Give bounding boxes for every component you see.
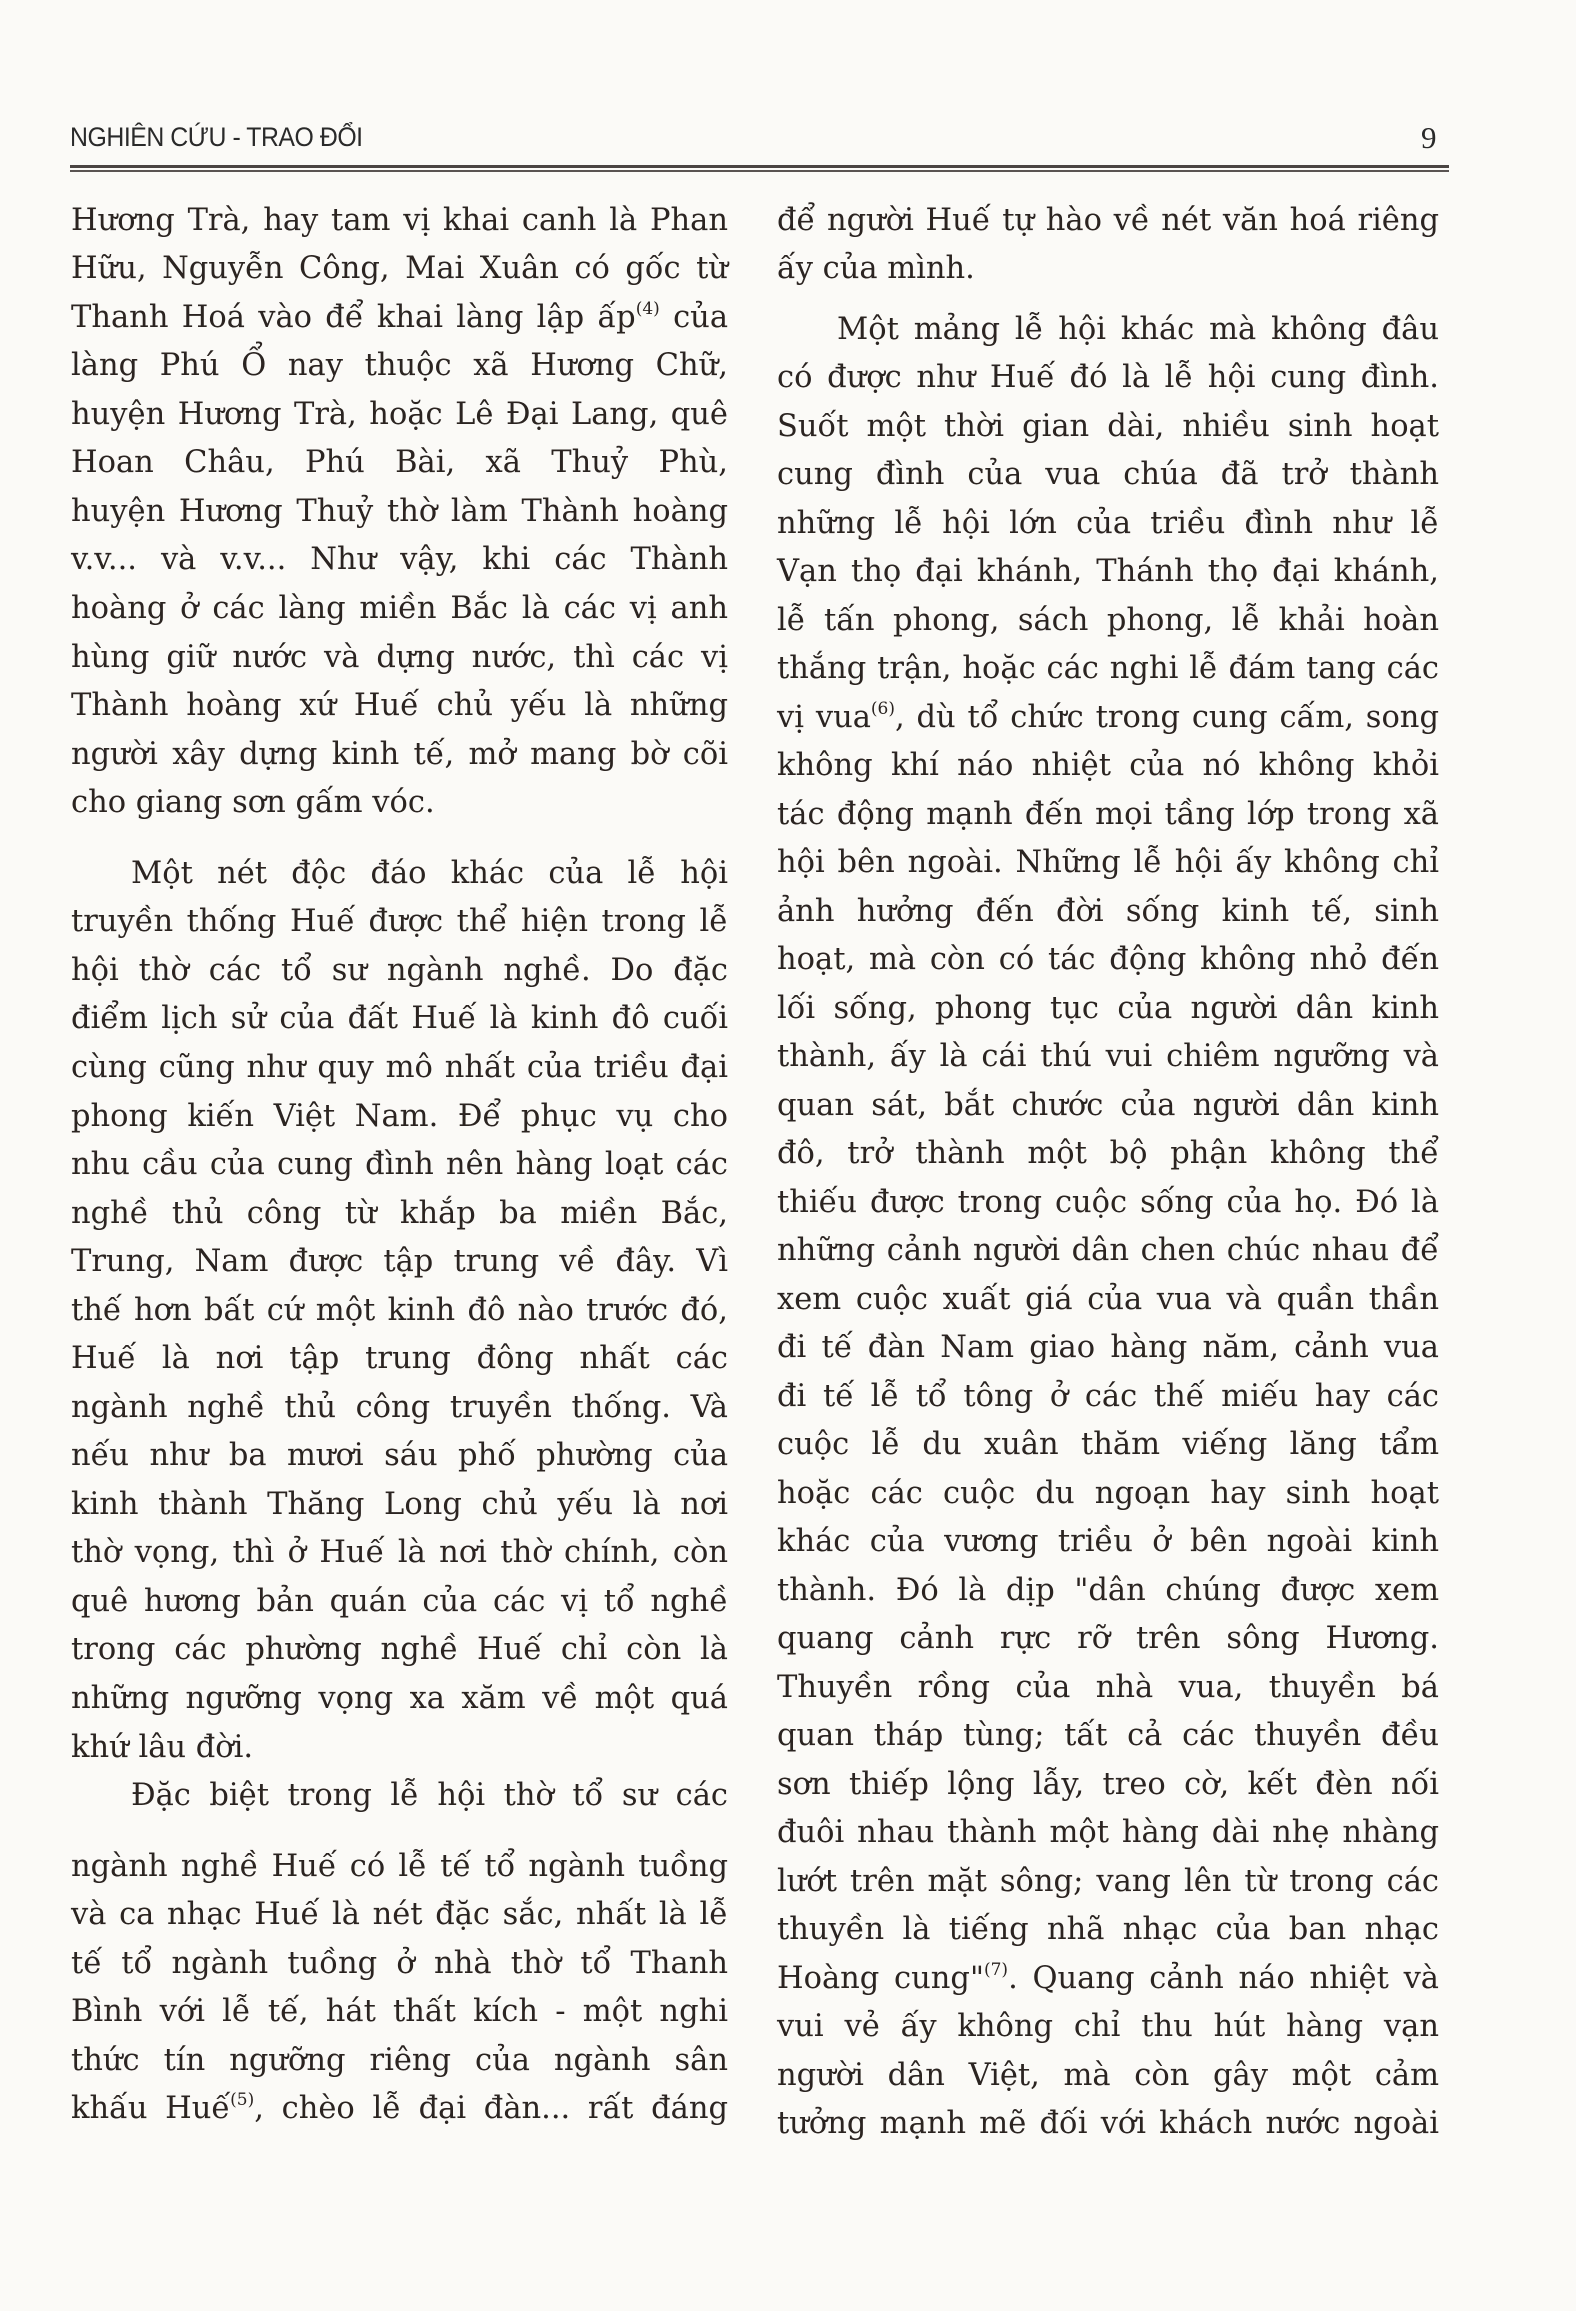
- text-line-content: hoàng ở các làng miền Bắc là các vị anh: [71, 587, 728, 631]
- line-text: những ngưỡng vọng xa xăm về một quá: [71, 1681, 728, 1716]
- text-line-content: những cảnh người dân chen chúc nhau để: [777, 1229, 1439, 1273]
- text-line-content: ngành nghề Huế có lễ tế tổ ngành tuồng: [71, 1845, 728, 1889]
- text-line-content: hoạt, mà còn có tác động không nhỏ đến: [777, 938, 1439, 982]
- text-line-content: kinh thành Thăng Long chủ yếu là nơi: [71, 1483, 728, 1527]
- text-line-content: lối sống, phong tục của người dân kinh: [777, 987, 1439, 1031]
- line-text: khác của vương triều ở bên ngoài kinh: [777, 1524, 1439, 1559]
- line-text: người dân Việt, mà còn gây một cảm: [777, 2058, 1439, 2093]
- text-line-content: hùng giữ nước và dựng nước, thì các vị: [71, 636, 728, 680]
- text-line: thiếu được trong cuộc sống của họ. Đó là: [777, 1181, 1439, 1225]
- line-text: nhu cầu của cung đình nên hàng loạt các: [71, 1147, 728, 1182]
- line-text: thắng trận, hoặc các nghi lễ đám tang cá…: [777, 651, 1439, 686]
- text-line: Trung, Nam được tập trung về đây. Vì: [71, 1240, 728, 1284]
- text-line: nhu cầu của cung đình nên hàng loạt các: [71, 1143, 728, 1187]
- text-line: những cảnh người dân chen chúc nhau để: [777, 1229, 1439, 1273]
- text-line: Một nét độc đáo khác của lễ hội: [71, 852, 728, 896]
- text-line: Hữu, Nguyễn Công, Mai Xuân có gốc từ: [71, 247, 728, 291]
- line-text: ngành nghề Huế có lễ tế tổ ngành tuồng: [71, 1849, 728, 1884]
- text-line: hội bên ngoài. Những lễ hội ấy không chỉ: [777, 841, 1439, 885]
- text-line: điểm lịch sử của đất Huế là kinh đô cuối: [71, 997, 728, 1041]
- text-line-content: hoặc các cuộc du ngoạn hay sinh hoạt: [777, 1472, 1439, 1516]
- text-line: xem cuộc xuất giá của vua và quần thần: [777, 1278, 1439, 1322]
- text-line-content: huyện Hương Thuỷ thờ làm Thành hoàng: [71, 490, 728, 534]
- text-line-content: khác của vương triều ở bên ngoài kinh: [777, 1520, 1439, 1564]
- text-line-content: lễ tấn phong, sách phong, lễ khải hoàn: [777, 599, 1439, 643]
- text-line-content: Thanh Hoá vào để khai làng lập ấp(4) của: [71, 296, 728, 340]
- text-line: cuộc lễ du xuân thăm viếng lăng tẩm: [777, 1423, 1439, 1467]
- line-text: không khí náo nhiệt của nó không khỏi: [777, 748, 1439, 783]
- line-text: thức tín ngưỡng riêng của ngành sân: [71, 2043, 728, 2078]
- line-text: hoặc các cuộc du ngoạn hay sinh hoạt: [777, 1476, 1439, 1511]
- header-double-rule: [70, 164, 1449, 174]
- text-line: Bình với lễ tế, hát thất kích - một nghi: [71, 1990, 728, 2034]
- text-line-content: xem cuộc xuất giá của vua và quần thần: [777, 1278, 1439, 1322]
- line-text: Trung, Nam được tập trung về đây. Vì: [71, 1244, 728, 1279]
- text-line-content: đô, trở thành một bộ phận không thể: [777, 1132, 1439, 1176]
- text-line: Huế là nơi tập trung đông nhất các: [71, 1337, 728, 1381]
- text-line-content: thắng trận, hoặc các nghi lễ đám tang cá…: [777, 647, 1439, 691]
- text-line: Một mảng lễ hội khác mà không đâu: [777, 308, 1439, 352]
- text-line: sơn thiếp lộng lẫy, treo cờ, kết đèn nối: [777, 1763, 1439, 1807]
- text-line-content: truyền thống Huế được thể hiện trong lễ: [71, 900, 728, 944]
- line-text: Hương Trà, hay tam vị khai canh là Phan: [71, 203, 728, 238]
- line-text: có được như Huế đó là lễ hội cung đình.: [777, 360, 1439, 395]
- line-text: vị vua: [777, 700, 871, 735]
- text-line-content: điểm lịch sử của đất Huế là kinh đô cuối: [71, 997, 728, 1041]
- text-line: lễ tấn phong, sách phong, lễ khải hoàn: [777, 599, 1439, 643]
- text-line: phong kiến Việt Nam. Để phục vụ cho: [71, 1095, 728, 1139]
- line-text: kinh thành Thăng Long chủ yếu là nơi: [71, 1487, 728, 1522]
- line-text: thiếu được trong cuộc sống của họ. Đó là: [777, 1185, 1439, 1220]
- text-line-content: ngành nghề thủ công truyền thống. Và: [71, 1386, 728, 1430]
- text-line: đô, trở thành một bộ phận không thể: [777, 1132, 1439, 1176]
- text-line: Vạn thọ đại khánh, Thánh thọ đại khánh,: [777, 550, 1439, 594]
- line-text: tưởng mạnh mẽ đối với khách nước ngoài: [777, 2106, 1439, 2141]
- text-line-content: thế hơn bất cứ một kinh đô nào trước đó,: [71, 1289, 728, 1333]
- line-text: cuộc lễ du xuân thăm viếng lăng tẩm: [777, 1427, 1439, 1462]
- text-line-content: cùng cũng như quy mô nhất của triều đại: [71, 1046, 728, 1090]
- line-text: hội thờ các tổ sư ngành nghề. Do đặc: [71, 953, 728, 988]
- line-text: tế tổ ngành tuồng ở nhà thờ tổ Thanh: [71, 1946, 728, 1981]
- text-line-content: phong kiến Việt Nam. Để phục vụ cho: [71, 1095, 728, 1139]
- text-line: ấy của mình.: [777, 247, 1439, 291]
- text-line-content: sơn thiếp lộng lẫy, treo cờ, kết đèn nối: [777, 1763, 1439, 1807]
- text-line-content: Huế là nơi tập trung đông nhất các: [71, 1337, 728, 1381]
- text-line-content: và ca nhạc Huế là nét đặc sắc, nhất là l…: [71, 1893, 728, 1937]
- line-text: lễ tấn phong, sách phong, lễ khải hoàn: [777, 603, 1439, 638]
- line-text: trong các phường nghề Huế chỉ còn là: [71, 1632, 728, 1667]
- text-line: huyện Hương Trà, hoặc Lê Đại Lang, quê: [71, 393, 728, 437]
- text-line: cung đình của vua chúa đã trở thành: [777, 453, 1439, 497]
- line-text: ảnh hưởng đến đời sống kinh tế, sinh: [777, 894, 1439, 929]
- text-line-content: Một mảng lễ hội khác mà không đâu: [837, 308, 1439, 352]
- text-line: khứ lâu đời.: [71, 1726, 728, 1770]
- text-line: nếu như ba mươi sáu phố phường của: [71, 1434, 728, 1478]
- text-line: lướt trên mặt sông; vang lên từ trong cá…: [777, 1860, 1439, 1904]
- line-text: huyện Hương Thuỷ thờ làm Thành hoàng: [71, 494, 728, 529]
- text-line-content: ảnh hưởng đến đời sống kinh tế, sinh: [777, 890, 1439, 934]
- text-line: hùng giữ nước và dựng nước, thì các vị: [71, 636, 728, 680]
- line-text: xem cuộc xuất giá của vua và quần thần: [777, 1282, 1439, 1317]
- text-line-content: Bình với lễ tế, hát thất kích - một nghi: [71, 1990, 728, 2034]
- text-line: Hoàng cung"(7). Quang cảnh náo nhiệt và: [777, 1957, 1439, 2001]
- text-line-content: hội bên ngoài. Những lễ hội ấy không chỉ: [777, 841, 1439, 885]
- text-line-content: đi tế đàn Nam giao hàng năm, cảnh vua: [777, 1326, 1439, 1370]
- line-text: làng Phú Ổ nay thuộc xã Hương Chữ,: [71, 348, 728, 383]
- text-line: quê hương bản quán của các vị tổ nghề: [71, 1580, 728, 1624]
- line-text: nghề thủ công từ khắp ba miền Bắc,: [71, 1196, 728, 1231]
- text-line: tác động mạnh đến mọi tầng lớp trong xã: [777, 793, 1439, 837]
- text-line-content: có được như Huế đó là lễ hội cung đình.: [777, 356, 1439, 400]
- line-text: khứ lâu đời.: [71, 1730, 253, 1765]
- text-line-content: Hoan Châu, Phú Bài, xã Thuỷ Phù,: [71, 441, 728, 485]
- text-line: lối sống, phong tục của người dân kinh: [777, 987, 1439, 1031]
- text-line-content: thuyền là tiếng nhã nhạc của ban nhạc: [777, 1908, 1439, 1952]
- text-line: những lễ hội lớn của triều đình như lễ: [777, 502, 1439, 546]
- text-line-content: làng Phú Ổ nay thuộc xã Hương Chữ,: [71, 344, 728, 388]
- footnote-reference: (4): [636, 299, 660, 319]
- text-line: quan tháp tùng; tất cả các thuyền đều: [777, 1714, 1439, 1758]
- text-line-content: cuộc lễ du xuân thăm viếng lăng tẩm: [777, 1423, 1439, 1467]
- line-text: Hoàng cung": [777, 1961, 984, 1996]
- text-line: ngành nghề Huế có lễ tế tổ ngành tuồng: [71, 1845, 728, 1889]
- text-line-content: Thành hoàng xứ Huế chủ yếu là những: [71, 684, 728, 728]
- text-line-content: khứ lâu đời.: [71, 1726, 728, 1770]
- text-line: làng Phú Ổ nay thuộc xã Hương Chữ,: [71, 344, 728, 388]
- text-line-content: hội thờ các tổ sư ngành nghề. Do đặc: [71, 949, 728, 993]
- line-text: lối sống, phong tục của người dân kinh: [777, 991, 1439, 1026]
- text-line: và ca nhạc Huế là nét đặc sắc, nhất là l…: [71, 1893, 728, 1937]
- line-text: thế hơn bất cứ một kinh đô nào trước đó,: [71, 1293, 728, 1328]
- text-line-content: những ngưỡng vọng xa xăm về một quá: [71, 1677, 728, 1721]
- text-line-content: ấy của mình.: [777, 247, 1439, 291]
- text-line: hoặc các cuộc du ngoạn hay sinh hoạt: [777, 1472, 1439, 1516]
- line-text: thờ vọng, thì ở Huế là nơi thờ chính, cò…: [71, 1535, 728, 1570]
- text-line: trong các phường nghề Huế chỉ còn là: [71, 1628, 728, 1672]
- line-text: Suốt một thời gian dài, nhiều sinh hoạt: [777, 409, 1439, 444]
- text-line-content: thức tín ngưỡng riêng của ngành sân: [71, 2039, 728, 2083]
- text-line-content: những lễ hội lớn của triều đình như lễ: [777, 502, 1439, 546]
- text-line-content: đuôi nhau thành một hàng dài nhẹ nhàng: [777, 1811, 1439, 1855]
- text-line: Hoan Châu, Phú Bài, xã Thuỷ Phù,: [71, 441, 728, 485]
- text-line: có được như Huế đó là lễ hội cung đình.: [777, 356, 1439, 400]
- text-line: Thanh Hoá vào để khai làng lập ấp(4) của: [71, 296, 728, 340]
- rule-line-bottom: [70, 170, 1449, 172]
- text-line: huyện Hương Thuỷ thờ làm Thành hoàng: [71, 490, 728, 534]
- text-line-content: huyện Hương Trà, hoặc Lê Đại Lang, quê: [71, 393, 728, 437]
- text-line-content: Hương Trà, hay tam vị khai canh là Phan: [71, 199, 728, 243]
- line-text: hùng giữ nước và dựng nước, thì các vị: [71, 640, 728, 675]
- text-line-content: Vạn thọ đại khánh, Thánh thọ đại khánh,: [777, 550, 1439, 594]
- line-text: tác động mạnh đến mọi tầng lớp trong xã: [777, 797, 1439, 832]
- text-line-content: v.v... và v.v... Như vậy, khi các Thành: [71, 538, 728, 582]
- text-line-content: quang cảnh rực rỡ trên sông Hương.: [777, 1617, 1439, 1661]
- text-line-content: tế tổ ngành tuồng ở nhà thờ tổ Thanh: [71, 1942, 728, 1986]
- line-text: và ca nhạc Huế là nét đặc sắc, nhất là l…: [71, 1897, 728, 1932]
- line-text: Thuyền rồng của nhà vua, thuyền bá: [777, 1670, 1439, 1705]
- line-text: ấy của mình.: [777, 251, 975, 286]
- line-text: cùng cũng như quy mô nhất của triều đại: [71, 1050, 728, 1085]
- line-text: Một nét độc đáo khác của lễ hội: [131, 856, 728, 891]
- text-line-content: người dân Việt, mà còn gây một cảm: [777, 2054, 1439, 2098]
- text-line: vui vẻ ấy không chỉ thu hút hàng vạn: [777, 2005, 1439, 2049]
- text-line-content: tác động mạnh đến mọi tầng lớp trong xã: [777, 793, 1439, 837]
- line-text-continuation: của: [660, 300, 728, 335]
- text-line-content: thờ vọng, thì ở Huế là nơi thờ chính, cò…: [71, 1531, 728, 1575]
- text-line: cùng cũng như quy mô nhất của triều đại: [71, 1046, 728, 1090]
- line-text: quang cảnh rực rỡ trên sông Hương.: [777, 1621, 1439, 1656]
- line-text: Một mảng lễ hội khác mà không đâu: [837, 312, 1439, 347]
- line-text: cung đình của vua chúa đã trở thành: [777, 457, 1439, 492]
- text-line-content: Hữu, Nguyễn Công, Mai Xuân có gốc từ: [71, 247, 728, 291]
- text-line-content: đi tế lễ tổ tông ở các thế miếu hay các: [777, 1375, 1439, 1419]
- text-line: không khí náo nhiệt của nó không khỏi: [777, 744, 1439, 788]
- text-line: vị vua(6), dù tổ chức trong cung cấm, so…: [777, 696, 1439, 740]
- text-line-content: Một nét độc đáo khác của lễ hội: [131, 852, 728, 896]
- line-text: Đặc biệt trong lễ hội thờ tổ sư các: [131, 1778, 728, 1813]
- text-line-content: để người Huế tự hào về nét văn hoá riêng: [777, 199, 1439, 243]
- text-line-content: thành. Đó là dịp "dân chúng được xem: [777, 1569, 1439, 1613]
- text-line: tưởng mạnh mẽ đối với khách nước ngoài: [777, 2102, 1439, 2146]
- text-line: người dân Việt, mà còn gây một cảm: [777, 2054, 1439, 2098]
- text-line: thắng trận, hoặc các nghi lễ đám tang cá…: [777, 647, 1439, 691]
- text-line: thế hơn bất cứ một kinh đô nào trước đó,: [71, 1289, 728, 1333]
- line-text: đi tế lễ tổ tông ở các thế miếu hay các: [777, 1379, 1439, 1414]
- line-text: Hữu, Nguyễn Công, Mai Xuân có gốc từ: [71, 251, 728, 286]
- line-text: thành. Đó là dịp "dân chúng được xem: [777, 1573, 1439, 1608]
- text-line: hoạt, mà còn có tác động không nhỏ đến: [777, 938, 1439, 982]
- text-line: thành. Đó là dịp "dân chúng được xem: [777, 1569, 1439, 1613]
- text-line: thuyền là tiếng nhã nhạc của ban nhạc: [777, 1908, 1439, 1952]
- text-line-content: quan tháp tùng; tất cả các thuyền đều: [777, 1714, 1439, 1758]
- line-text: Bình với lễ tế, hát thất kích - một nghi: [71, 1994, 728, 2029]
- line-text: để người Huế tự hào về nét văn hoá riêng: [777, 203, 1439, 238]
- text-line: thờ vọng, thì ở Huế là nơi thờ chính, cò…: [71, 1531, 728, 1575]
- line-text: đô, trở thành một bộ phận không thể: [777, 1136, 1439, 1171]
- line-text-continuation: , chèo lễ đại đàn... rất đáng: [254, 2091, 728, 2126]
- line-text: nếu như ba mươi sáu phố phường của: [71, 1438, 728, 1473]
- text-line-content: tưởng mạnh mẽ đối với khách nước ngoài: [777, 2102, 1439, 2146]
- text-line: v.v... và v.v... Như vậy, khi các Thành: [71, 538, 728, 582]
- line-text: đi tế đàn Nam giao hàng năm, cảnh vua: [777, 1330, 1439, 1365]
- text-line: hoàng ở các làng miền Bắc là các vị anh: [71, 587, 728, 631]
- footnote-reference: (5): [230, 2090, 254, 2110]
- line-text: ngành nghề thủ công truyền thống. Và: [71, 1390, 728, 1425]
- text-line: để người Huế tự hào về nét văn hoá riêng: [777, 199, 1439, 243]
- line-text: những lễ hội lớn của triều đình như lễ: [777, 506, 1439, 541]
- text-line: khác của vương triều ở bên ngoài kinh: [777, 1520, 1439, 1564]
- footnote-reference: (7): [984, 1960, 1008, 1980]
- text-line-content: thành, ấy là cái thú vui chiêm ngưỡng và: [777, 1035, 1439, 1079]
- text-line-content: Hoàng cung"(7). Quang cảnh náo nhiệt và: [777, 1957, 1439, 2001]
- text-line: Hương Trà, hay tam vị khai canh là Phan: [71, 199, 728, 243]
- text-line: khấu Huế(5), chèo lễ đại đàn... rất đáng: [71, 2087, 728, 2131]
- text-line: thức tín ngưỡng riêng của ngành sân: [71, 2039, 728, 2083]
- text-line-content: vui vẻ ấy không chỉ thu hút hàng vạn: [777, 2005, 1439, 2049]
- rule-line-top: [70, 165, 1449, 168]
- line-text: quê hương bản quán của các vị tổ nghề: [71, 1584, 728, 1619]
- line-text: hoàng ở các làng miền Bắc là các vị anh: [71, 591, 728, 626]
- text-line: thành, ấy là cái thú vui chiêm ngưỡng và: [777, 1035, 1439, 1079]
- line-text: người xây dựng kinh tế, mở mang bờ cõi: [71, 737, 728, 772]
- line-text: đuôi nhau thành một hàng dài nhẹ nhàng: [777, 1815, 1439, 1850]
- page-number: 9: [1421, 120, 1437, 156]
- line-text: Vạn thọ đại khánh, Thánh thọ đại khánh,: [777, 554, 1439, 589]
- line-text: những cảnh người dân chen chúc nhau để: [777, 1233, 1439, 1268]
- text-line-content: nhu cầu của cung đình nên hàng loạt các: [71, 1143, 728, 1187]
- footnote-reference: (6): [871, 699, 895, 719]
- text-line: cho giang sơn gấm vóc.: [71, 781, 728, 825]
- line-text: thuyền là tiếng nhã nhạc của ban nhạc: [777, 1912, 1439, 1947]
- text-line-content: người xây dựng kinh tế, mở mang bờ cõi: [71, 733, 728, 777]
- text-line: Suốt một thời gian dài, nhiều sinh hoạt: [777, 405, 1439, 449]
- text-line: Thuyền rồng của nhà vua, thuyền bá: [777, 1666, 1439, 1710]
- line-text: truyền thống Huế được thể hiện trong lễ: [71, 904, 728, 939]
- text-line-content: cho giang sơn gấm vóc.: [71, 781, 728, 825]
- text-line-content: thiếu được trong cuộc sống của họ. Đó là: [777, 1181, 1439, 1225]
- line-text: Thanh Hoá vào để khai làng lập ấp: [71, 300, 636, 335]
- line-text: vui vẻ ấy không chỉ thu hút hàng vạn: [777, 2009, 1439, 2044]
- line-text: Huế là nơi tập trung đông nhất các: [71, 1341, 728, 1376]
- line-text: khấu Huế: [71, 2091, 230, 2126]
- text-line: tế tổ ngành tuồng ở nhà thờ tổ Thanh: [71, 1942, 728, 1986]
- text-line-content: cung đình của vua chúa đã trở thành: [777, 453, 1439, 497]
- text-line: kinh thành Thăng Long chủ yếu là nơi: [71, 1483, 728, 1527]
- text-line: đi tế đàn Nam giao hàng năm, cảnh vua: [777, 1326, 1439, 1370]
- section-title: NGHIÊN CỨU - TRAO ĐỔI: [70, 122, 363, 153]
- line-text: quan sát, bắt chước của người dân kinh: [777, 1088, 1439, 1123]
- text-line: Thành hoàng xứ Huế chủ yếu là những: [71, 684, 728, 728]
- text-line: những ngưỡng vọng xa xăm về một quá: [71, 1677, 728, 1721]
- text-line: quan sát, bắt chước của người dân kinh: [777, 1084, 1439, 1128]
- text-line: nghề thủ công từ khắp ba miền Bắc,: [71, 1192, 728, 1236]
- text-line-content: lướt trên mặt sông; vang lên từ trong cá…: [777, 1860, 1439, 1904]
- line-text: hoạt, mà còn có tác động không nhỏ đến: [777, 942, 1439, 977]
- line-text: cho giang sơn gấm vóc.: [71, 785, 435, 820]
- line-text: lướt trên mặt sông; vang lên từ trong cá…: [777, 1864, 1439, 1899]
- text-line-content: vị vua(6), dù tổ chức trong cung cấm, so…: [777, 696, 1439, 740]
- line-text: thành, ấy là cái thú vui chiêm ngưỡng và: [777, 1039, 1439, 1074]
- line-text: điểm lịch sử của đất Huế là kinh đô cuối: [71, 1001, 728, 1036]
- text-line: đi tế lễ tổ tông ở các thế miếu hay các: [777, 1375, 1439, 1419]
- line-text: Thành hoàng xứ Huế chủ yếu là những: [71, 688, 728, 723]
- line-text: quan tháp tùng; tất cả các thuyền đều: [777, 1718, 1439, 1753]
- text-line: người xây dựng kinh tế, mở mang bờ cõi: [71, 733, 728, 777]
- text-line: đuôi nhau thành một hàng dài nhẹ nhàng: [777, 1811, 1439, 1855]
- line-text: v.v... và v.v... Như vậy, khi các Thành: [71, 542, 728, 577]
- line-text: sơn thiếp lộng lẫy, treo cờ, kết đèn nối: [777, 1767, 1439, 1802]
- text-line: ảnh hưởng đến đời sống kinh tế, sinh: [777, 890, 1439, 934]
- line-text-continuation: . Quang cảnh náo nhiệt và: [1008, 1961, 1439, 1996]
- text-line-content: Suốt một thời gian dài, nhiều sinh hoạt: [777, 405, 1439, 449]
- line-text: phong kiến Việt Nam. Để phục vụ cho: [71, 1099, 728, 1134]
- text-line-content: khấu Huế(5), chèo lễ đại đàn... rất đáng: [71, 2087, 728, 2131]
- text-line-content: Đặc biệt trong lễ hội thờ tổ sư các: [131, 1774, 728, 1818]
- text-line-content: trong các phường nghề Huế chỉ còn là: [71, 1628, 728, 1672]
- line-text: hội bên ngoài. Những lễ hội ấy không chỉ: [777, 845, 1439, 880]
- line-text: huyện Hương Trà, hoặc Lê Đại Lang, quê: [71, 397, 728, 432]
- text-line-content: nếu như ba mươi sáu phố phường của: [71, 1434, 728, 1478]
- line-text: Hoan Châu, Phú Bài, xã Thuỷ Phù,: [71, 445, 728, 480]
- text-line-content: nghề thủ công từ khắp ba miền Bắc,: [71, 1192, 728, 1236]
- text-line: truyền thống Huế được thể hiện trong lễ: [71, 900, 728, 944]
- line-text-continuation: , dù tổ chức trong cung cấm, song: [895, 700, 1439, 735]
- text-line: Đặc biệt trong lễ hội thờ tổ sư các: [71, 1774, 728, 1818]
- text-line: ngành nghề thủ công truyền thống. Và: [71, 1386, 728, 1430]
- text-line: hội thờ các tổ sư ngành nghề. Do đặc: [71, 949, 728, 993]
- text-line-content: không khí náo nhiệt của nó không khỏi: [777, 744, 1439, 788]
- text-line: quang cảnh rực rỡ trên sông Hương.: [777, 1617, 1439, 1661]
- text-line-content: quê hương bản quán của các vị tổ nghề: [71, 1580, 728, 1624]
- text-line-content: Trung, Nam được tập trung về đây. Vì: [71, 1240, 728, 1284]
- text-line-content: quan sát, bắt chước của người dân kinh: [777, 1084, 1439, 1128]
- text-line-content: Thuyền rồng của nhà vua, thuyền bá: [777, 1666, 1439, 1710]
